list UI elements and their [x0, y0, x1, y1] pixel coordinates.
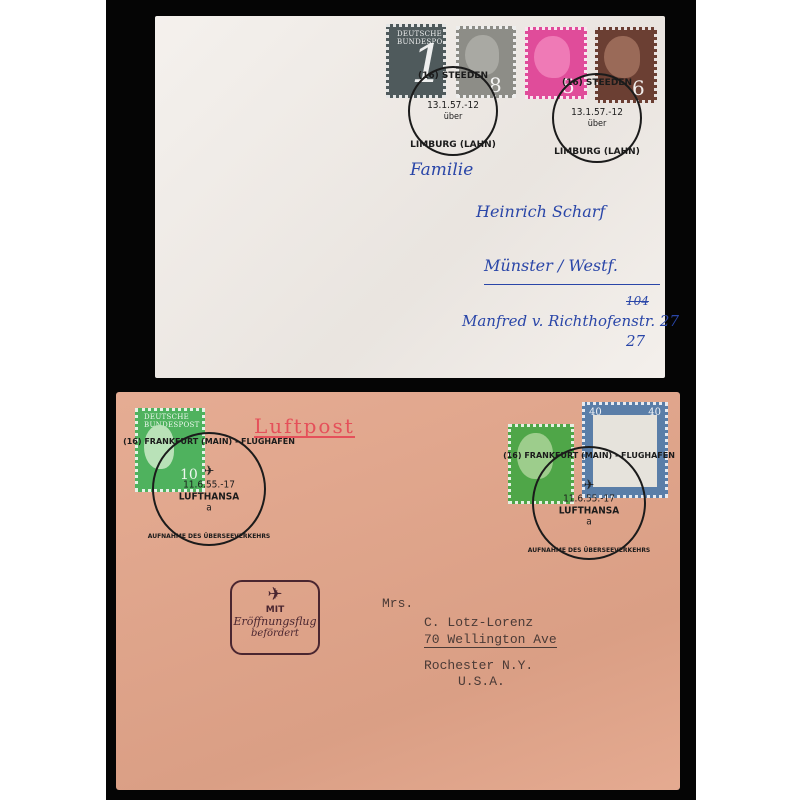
lufthansa-crane-icon: ✈ [232, 584, 318, 605]
postmark-text: LUFTHANSA [179, 491, 239, 503]
postmark-center: 13.1.57.-12 über [571, 107, 623, 129]
postmark-text: über [571, 119, 623, 129]
struck-number: 104 [626, 294, 649, 308]
postmark-text: (16) STEEDEN [418, 71, 488, 81]
address-underline [484, 284, 660, 285]
address-line-4: Manfred v. Richthofenstr. 27 [462, 312, 679, 330]
airmail-label: Luftpost [254, 416, 355, 438]
postmark-frankfurt-2: (16) FRANKFURT (MAIN) - FLUGHAFEN ✈ 11.6… [532, 446, 646, 560]
postmark-center: 13.1.57.-12 über [427, 100, 479, 122]
crane-icon: ✈ [179, 464, 239, 480]
address-salutation: Mrs. [382, 596, 413, 611]
stamp-value: 40 [589, 407, 602, 418]
cachet-text: MIT [232, 605, 318, 615]
postmark-text: LIMBURG (LAHN) [554, 147, 640, 157]
postmark-text: (16) FRANKFURT (MAIN) - FLUGHAFEN [123, 437, 295, 446]
postmark-steeden-1: (16) STEEDEN 13.1.57.-12 über LIMBURG (L… [408, 66, 498, 156]
address-street: 70 Wellington Ave [424, 632, 557, 648]
address-country: U.S.A. [458, 674, 505, 689]
portrait-icon [604, 36, 640, 78]
postmark-center: ✈ 11.6.55.-17 LUFTHANSA a [559, 478, 619, 529]
portrait-icon [534, 36, 570, 78]
postmark-text: (16) FRANKFURT (MAIN) - FLUGHAFEN [503, 451, 675, 460]
postmark-date: 11.6.55.-17 [179, 480, 239, 492]
address-line-1: Familie [410, 160, 473, 180]
crane-icon: ✈ [559, 478, 619, 494]
first-flight-cachet: ✈ MIT Eröffnungsflug befördert [230, 580, 320, 655]
cachet-text: befördert [232, 628, 318, 639]
postmark-text: LUFTHANSA [559, 505, 619, 517]
postmark-steeden-2: (16) STEEDEN 13.1.57.-12 über LIMBURG (L… [552, 73, 642, 163]
postmark-text: AUFNAHME DES ÜBERSEEVERKEHRS [148, 533, 271, 540]
postmark-text: LIMBURG (LAHN) [410, 140, 496, 150]
cachet-text: Eröffnungsflug [232, 615, 318, 628]
address-line-2: Heinrich Scharf [476, 202, 605, 221]
postmark-text: über [427, 112, 479, 122]
postmark-text: a [559, 517, 619, 529]
postmark-date: 13.1.57.-12 [427, 100, 479, 112]
address-name: C. Lotz-Lorenz [424, 615, 533, 630]
address-line-3: Münster / Westf. [484, 256, 618, 275]
postmark-date: 11.6.55.-17 [559, 494, 619, 506]
address-correction: 27 [626, 332, 645, 350]
postmark-date: 13.1.57.-12 [571, 107, 623, 119]
postmark-frankfurt-1: (16) FRANKFURT (MAIN) - FLUGHAFEN ✈ 11.6… [152, 432, 266, 546]
address-city: Rochester N.Y. [424, 658, 533, 673]
postmark-text: a [179, 503, 239, 515]
postmark-text: (16) STEEDEN [562, 78, 632, 88]
postmark-text: AUFNAHME DES ÜBERSEEVERKEHRS [528, 547, 651, 554]
postmark-center: ✈ 11.6.55.-17 LUFTHANSA a [179, 464, 239, 515]
stamp-value: 40 [648, 407, 661, 418]
